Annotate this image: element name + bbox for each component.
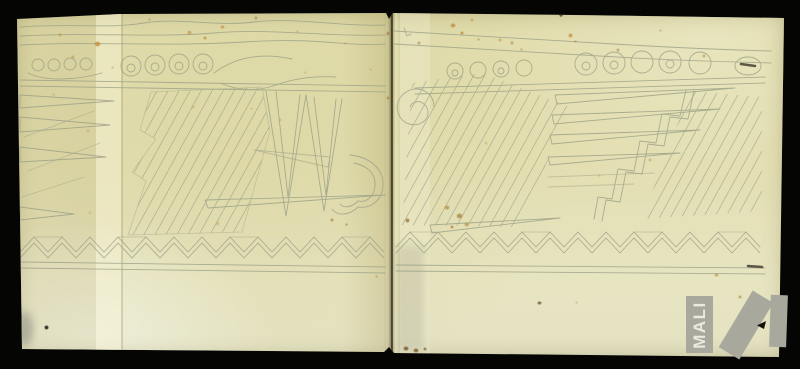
foxing-stain bbox=[94, 41, 101, 47]
foxing-stain bbox=[423, 347, 427, 351]
foxing-stain bbox=[575, 301, 578, 304]
foxing-stain bbox=[484, 141, 488, 145]
foxing-stain bbox=[14, 307, 36, 351]
sketchbook-spread bbox=[14, 11, 786, 359]
foxing-stain bbox=[58, 33, 62, 37]
foxing-stain bbox=[386, 31, 390, 36]
foxing-stain bbox=[568, 33, 573, 38]
foxing-stain bbox=[714, 273, 719, 277]
foxing-stain bbox=[413, 348, 419, 353]
foxing-stain bbox=[296, 30, 299, 33]
foxing-stain bbox=[648, 158, 652, 162]
foxing-stain bbox=[559, 14, 563, 17]
artwork-photo: MALI bbox=[0, 0, 800, 369]
foxing-stain bbox=[659, 29, 662, 32]
watermark-text: MALI bbox=[690, 301, 710, 349]
foxing-stain bbox=[148, 18, 151, 21]
foxing-stain bbox=[738, 295, 742, 299]
watermark-text-box: MALI bbox=[686, 296, 713, 353]
foxing-stain bbox=[405, 218, 410, 223]
foxing-stain bbox=[460, 31, 464, 35]
foxing-stain bbox=[86, 129, 90, 133]
foxing-stain bbox=[330, 218, 334, 222]
foxing-stain bbox=[574, 40, 577, 43]
foxing-stain bbox=[187, 30, 192, 35]
foxing-stain bbox=[344, 42, 347, 45]
foxing-stain bbox=[71, 55, 75, 59]
foxing-stain bbox=[191, 105, 195, 109]
foxing-stain bbox=[304, 71, 307, 74]
foxing-stain bbox=[345, 223, 348, 226]
foxing-stain bbox=[375, 275, 378, 278]
foxing-stain bbox=[386, 96, 390, 100]
foxing-stain bbox=[44, 325, 49, 330]
foxing-stain bbox=[403, 346, 409, 351]
foxing-stain bbox=[88, 211, 92, 215]
foxing-stain bbox=[450, 23, 456, 28]
foxing-stain bbox=[215, 221, 220, 226]
foxing-stain bbox=[702, 54, 706, 58]
foxing-stain bbox=[254, 16, 258, 20]
foxing-stain bbox=[456, 213, 463, 219]
stain-layer bbox=[14, 11, 786, 359]
foxing-stain bbox=[477, 38, 480, 41]
foxing-stain bbox=[369, 68, 372, 71]
foxing-stain bbox=[498, 38, 502, 42]
foxing-stain bbox=[598, 174, 601, 177]
foxing-stain bbox=[111, 66, 114, 69]
foxing-stain bbox=[464, 222, 469, 227]
foxing-stain bbox=[250, 107, 253, 110]
foxing-stain bbox=[537, 301, 542, 305]
foxing-stain bbox=[510, 41, 514, 45]
watermark-edge-bar bbox=[769, 295, 788, 348]
foxing-stain bbox=[52, 93, 55, 96]
foxing-stain bbox=[616, 48, 620, 52]
foxing-stain bbox=[203, 36, 207, 40]
foxing-stain bbox=[520, 48, 523, 51]
foxing-stain bbox=[278, 118, 282, 122]
foxing-stain bbox=[444, 205, 450, 210]
foxing-stain bbox=[470, 18, 474, 22]
foxing-stain bbox=[220, 25, 225, 29]
foxing-stain bbox=[417, 41, 421, 45]
foxing-stain bbox=[450, 225, 454, 229]
